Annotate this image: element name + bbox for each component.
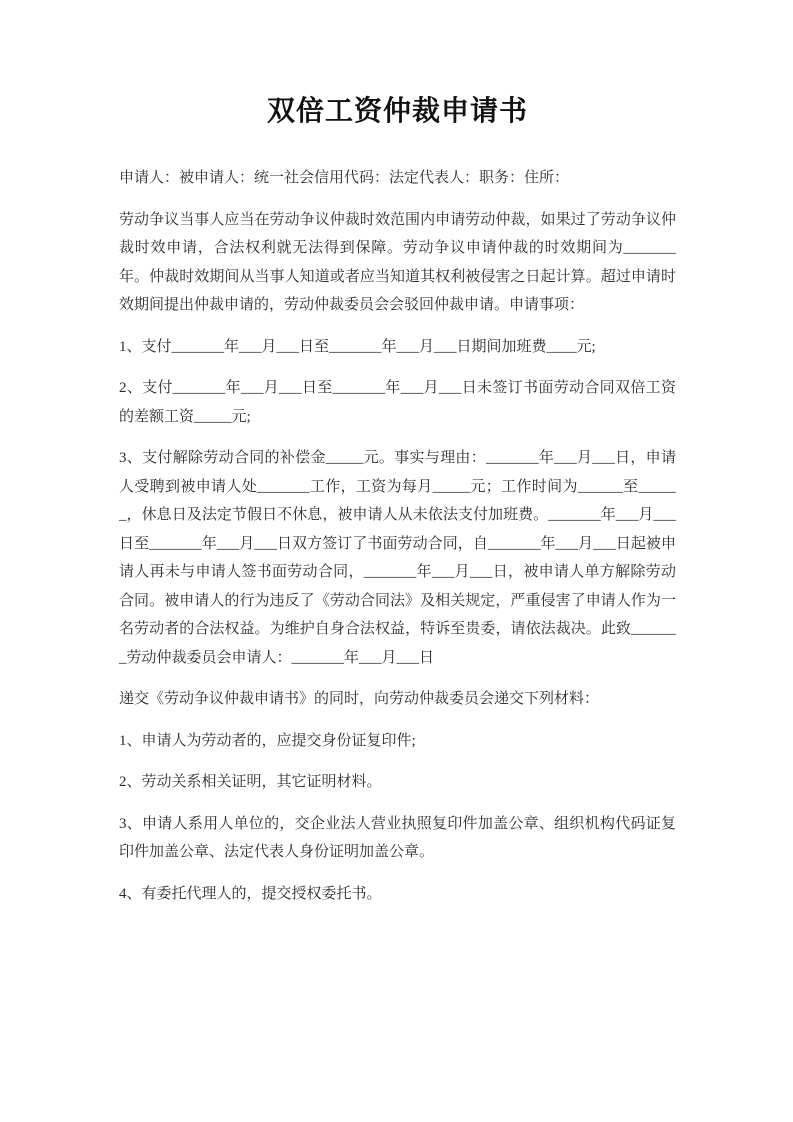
claim-item-1-overtime-pay: 1、支付_______年___月___日至_______年___月___日期间加… (119, 333, 676, 362)
document-content: 双倍工资仲裁申请书 申请人：被申请人：统一社会信用代码：法定代表人：职务：住所：… (119, 92, 676, 921)
page-title: 双倍工资仲裁申请书 (119, 92, 676, 132)
claim-item-2-double-wage-difference: 2、支付_______年___月___日至_______年___月___日未签订… (119, 374, 676, 431)
material-item-1-id-copy: 1、申请人为劳动者的，应提交身份证复印件; (119, 727, 676, 756)
material-item-4-power-of-attorney: 4、有委托代理人的，提交授权委托书。 (119, 880, 676, 909)
materials-intro-line: 递交《劳动争议仲裁申请书》的同时，向劳动仲裁委员会递交下列材料： (119, 685, 676, 714)
material-item-3-employer-license-documents: 3、申请人系用人单位的，交企业法人营业执照复印件加盖公章、组织机构代码证复印件加… (119, 810, 676, 867)
claim-item-3-compensation-facts-and-reasons: 3、支付解除劳动合同的补偿金_____元。事实与理由：_______年___月_… (119, 444, 676, 672)
party-info-line: 申请人：被申请人：统一社会信用代码：法定代表人：职务：住所： (119, 164, 676, 193)
limitation-period-paragraph: 劳动争议当事人应当在劳动争议仲裁时效范围内申请劳动仲裁，如果过了劳动争议仲裁时效… (119, 206, 676, 320)
material-item-2-labor-relation-proof: 2、劳动关系相关证明，其它证明材料。 (119, 768, 676, 797)
document-page: 双倍工资仲裁申请书 申请人：被申请人：统一社会信用代码：法定代表人：职务：住所：… (0, 0, 793, 1122)
